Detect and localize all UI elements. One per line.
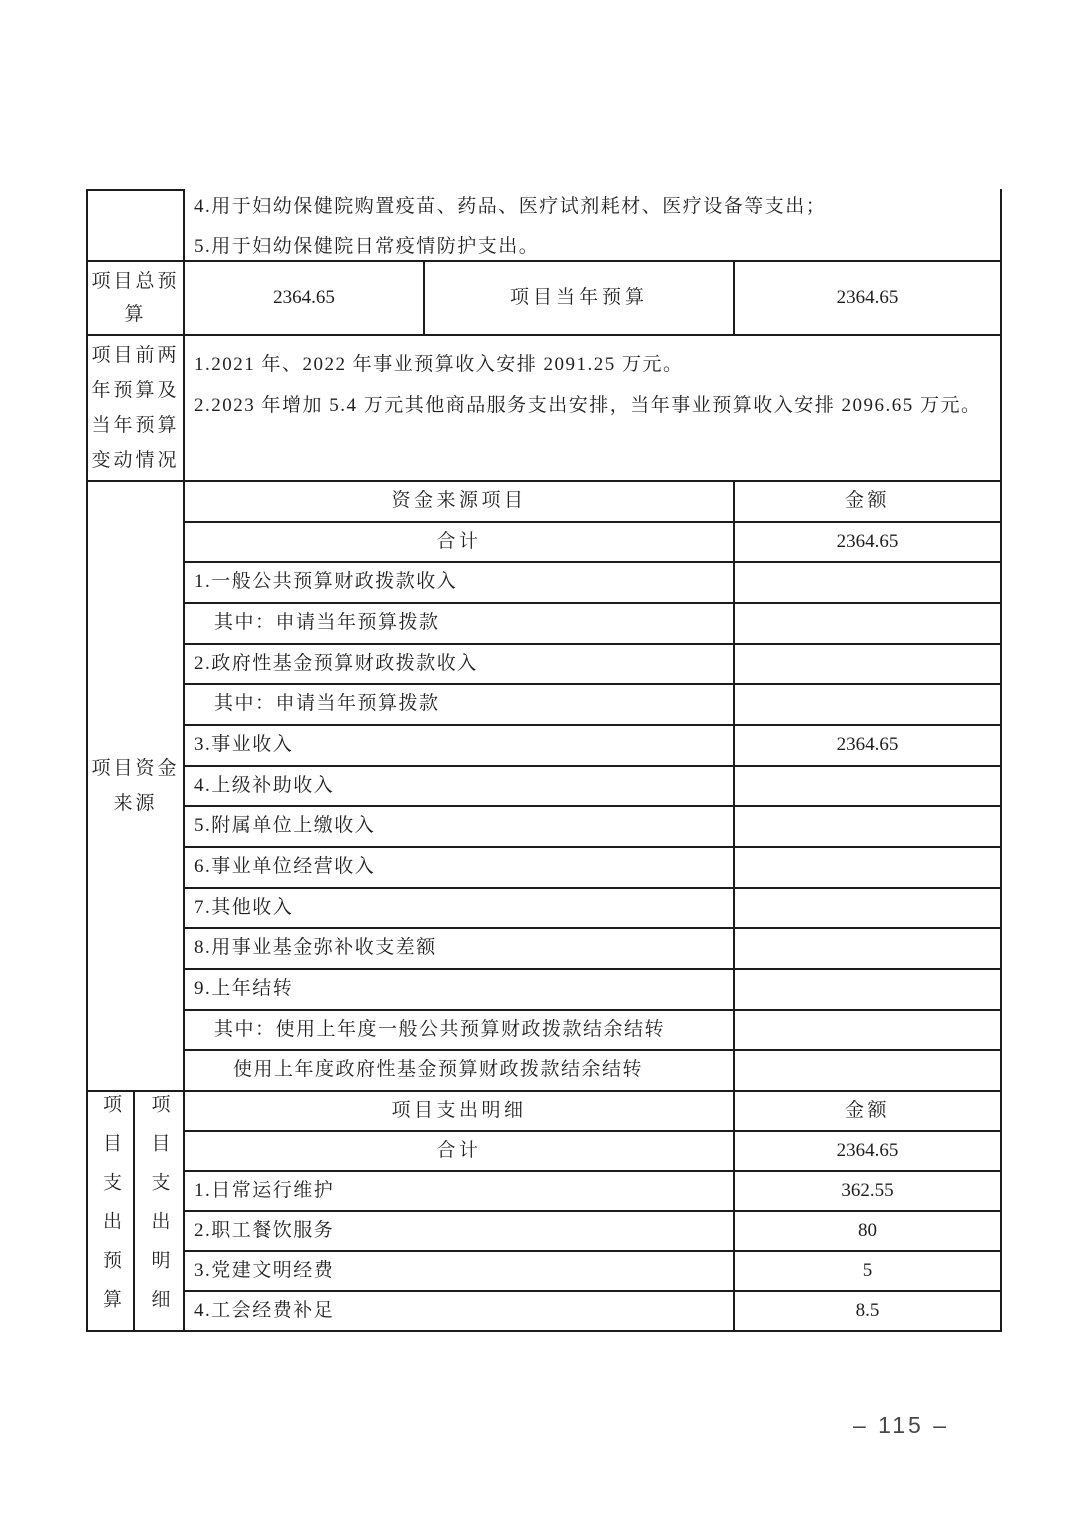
funding-item: 2.政府性基金预算财政拨款收入 — [185, 645, 735, 686]
table-row: 其中：申请当年预算拨款 — [185, 604, 1002, 645]
table-row: 其中：申请当年预算拨款 — [185, 685, 1002, 726]
funding-item: 合计 — [185, 523, 735, 564]
table-row-budget-change: 项目前两 年预算及 当年预算 变动情况 1.2021 年、2022 年事业预算收… — [88, 336, 1002, 482]
expenditure-item: 3.党建文明经费 — [185, 1252, 735, 1292]
expenditure-item: 1.日常运行维护 — [185, 1172, 735, 1212]
funding-header-row: 资金来源项目 金额 — [185, 482, 1002, 523]
expenditure-header-amount: 金额 — [735, 1092, 1002, 1132]
expenditure-amount: 5 — [735, 1252, 1002, 1292]
funding-item: 6.事业单位经营收入 — [185, 848, 735, 889]
expenditure-section: 项目支出预算 项目支出明细 项目支出明细 金额 合计 2364.65 1.日常运… — [88, 1092, 1002, 1332]
funding-amount — [735, 563, 1002, 604]
table-row: 使用上年度政府性基金预算财政拨款结余结转 — [185, 1051, 1002, 1092]
table-row: 合计 2364.65 — [185, 1132, 1002, 1172]
empty-label-cell — [88, 189, 185, 262]
document-page: 4.用于妇幼保健院购置疫苗、药品、医疗试剂耗材、医疗设备等支出； 5.用于妇幼保… — [0, 0, 1074, 1520]
table-row-total-budget: 项目总预 算 2364.65 项目当年预算 2364.65 — [88, 262, 1002, 336]
expenditure-amount: 362.55 — [735, 1172, 1002, 1212]
table-row: 1.日常运行维护 362.55 — [185, 1172, 1002, 1212]
funding-amount — [735, 1011, 1002, 1052]
current-year-budget-value: 2364.65 — [735, 262, 1002, 336]
funding-item: 其中：使用上年度一般公共预算财政拨款结余结转 — [185, 1011, 735, 1052]
expenditure-item: 4.工会经费补足 — [185, 1292, 735, 1332]
table-row: 2.政府性基金预算财政拨款收入 — [185, 645, 1002, 686]
funding-amount — [735, 970, 1002, 1011]
project-use-line: 4.用于妇幼保健院购置疫苗、药品、医疗试剂耗材、医疗设备等支出； — [194, 187, 826, 227]
funding-item: 9.上年结转 — [185, 970, 735, 1011]
expenditure-item: 合计 — [185, 1132, 735, 1172]
expenditure-amount: 2364.65 — [735, 1132, 1002, 1172]
funding-amount: 2364.65 — [735, 523, 1002, 564]
current-year-budget-label: 项目当年预算 — [425, 262, 735, 336]
expenditure-inner-label: 项目支出明细 — [135, 1092, 185, 1332]
funding-header-item: 资金来源项目 — [185, 482, 735, 523]
table-row: 3.党建文明经费 5 — [185, 1252, 1002, 1292]
table-row: 1.一般公共预算财政拨款收入 — [185, 563, 1002, 604]
expenditure-amount: 8.5 — [735, 1292, 1002, 1332]
table-row: 2.职工餐饮服务 80 — [185, 1212, 1002, 1252]
funding-section: 项目资金 来源 资金来源项目 金额 合计 2364.65 1.一般公共预算财政拨… — [88, 482, 1002, 1092]
funding-amount — [735, 807, 1002, 848]
funding-grid: 资金来源项目 金额 合计 2364.65 1.一般公共预算财政拨款收入 其中：申… — [185, 482, 1002, 1092]
table-row: 4.工会经费补足 8.5 — [185, 1292, 1002, 1332]
funding-amount — [735, 1051, 1002, 1092]
funding-amount — [735, 767, 1002, 808]
table-row-continuation: 4.用于妇幼保健院购置疫苗、药品、医疗试剂耗材、医疗设备等支出； 5.用于妇幼保… — [88, 189, 1002, 262]
funding-item: 3.事业收入 — [185, 726, 735, 767]
expenditure-header-item: 项目支出明细 — [185, 1092, 735, 1132]
table-row: 合计 2364.65 — [185, 523, 1002, 564]
table-row: 9.上年结转 — [185, 970, 1002, 1011]
funding-item: 7.其他收入 — [185, 889, 735, 930]
funding-amount — [735, 604, 1002, 645]
funding-amount — [735, 685, 1002, 726]
funding-header-amount: 金额 — [735, 482, 1002, 523]
project-use-cell: 4.用于妇幼保健院购置疫苗、药品、医疗试剂耗材、医疗设备等支出； 5.用于妇幼保… — [185, 189, 1002, 262]
funding-section-label: 项目资金 来源 — [88, 482, 185, 1092]
funding-item: 其中：申请当年预算拨款 — [185, 685, 735, 726]
funding-item: 1.一般公共预算财政拨款收入 — [185, 563, 735, 604]
table-row: 3.事业收入 2364.65 — [185, 726, 1002, 767]
table-row: 5.附属单位上缴收入 — [185, 807, 1002, 848]
budget-change-content: 1.2021 年、2022 年事业预算收入安排 2091.25 万元。 2.20… — [185, 336, 1002, 482]
expenditure-outer-label: 项目支出预算 — [88, 1092, 135, 1332]
funding-amount — [735, 848, 1002, 889]
funding-item: 8.用事业基金弥补收支差额 — [185, 929, 735, 970]
funding-item: 4.上级补助收入 — [185, 767, 735, 808]
funding-item: 5.附属单位上缴收入 — [185, 807, 735, 848]
budget-change-label: 项目前两 年预算及 当年预算 变动情况 — [88, 336, 185, 482]
table-row: 8.用事业基金弥补收支差额 — [185, 929, 1002, 970]
total-budget-value: 2364.65 — [185, 262, 425, 336]
table-row: 6.事业单位经营收入 — [185, 848, 1002, 889]
funding-amount — [735, 645, 1002, 686]
expenditure-item: 2.职工餐饮服务 — [185, 1212, 735, 1252]
budget-change-line: 1.2021 年、2022 年事业预算收入安排 2091.25 万元。 — [194, 344, 684, 385]
budget-table: 4.用于妇幼保健院购置疫苗、药品、医疗试剂耗材、医疗设备等支出； 5.用于妇幼保… — [86, 189, 1002, 1332]
funding-amount: 2364.65 — [735, 726, 1002, 767]
table-row: 7.其他收入 — [185, 889, 1002, 930]
funding-item: 其中：申请当年预算拨款 — [185, 604, 735, 645]
expenditure-amount: 80 — [735, 1212, 1002, 1252]
table-row: 4.上级补助收入 — [185, 767, 1002, 808]
budget-change-line: 2.2023 年增加 5.4 万元其他商品服务支出安排，当年事业预算收入安排 2… — [194, 385, 982, 426]
expenditure-grid: 项目支出明细 金额 合计 2364.65 1.日常运行维护 362.55 2.职… — [185, 1092, 1002, 1332]
funding-amount — [735, 929, 1002, 970]
page-number: – 115 – — [846, 1412, 956, 1439]
total-budget-label: 项目总预 算 — [88, 262, 185, 336]
funding-amount — [735, 889, 1002, 930]
expenditure-header-row: 项目支出明细 金额 — [185, 1092, 1002, 1132]
project-use-line: 5.用于妇幼保健院日常疫情防护支出。 — [194, 227, 539, 267]
funding-item: 使用上年度政府性基金预算财政拨款结余结转 — [185, 1051, 735, 1092]
table-row: 其中：使用上年度一般公共预算财政拨款结余结转 — [185, 1011, 1002, 1052]
